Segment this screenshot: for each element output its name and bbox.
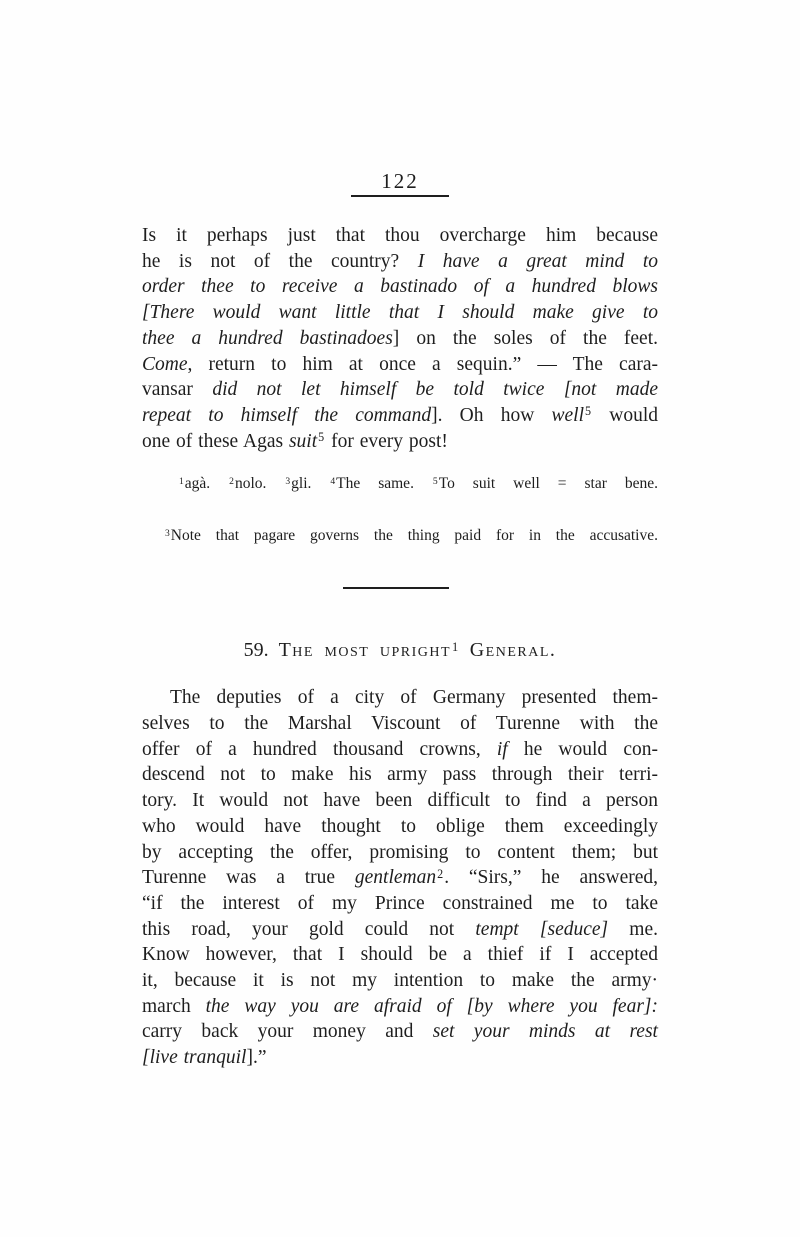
text-segment: selves to the Marshal Viscount of Turenn… <box>142 713 658 734</box>
text-line: Is it perhaps just that thou overcharge … <box>142 223 658 249</box>
text-segment: by accepting the offer, promising to con… <box>142 842 658 863</box>
text-segment: The same. <box>336 475 432 492</box>
section-heading: 59. The most upright1 General. <box>142 637 658 663</box>
text-segment: offer of a hundred thousand crowns, <box>142 739 497 760</box>
text-segment: Is it perhaps just that thou overcharge … <box>142 225 658 246</box>
text-segment: gli. <box>291 475 329 492</box>
text-line: [live tranquil].” <box>142 1045 658 1071</box>
text-line: selves to the Marshal Viscount of Turenn… <box>142 711 658 737</box>
text-line: tory. It would not have been difficult t… <box>142 788 658 814</box>
text-segment: well <box>552 405 585 426</box>
text-line: by accepting the offer, promising to con… <box>142 840 658 866</box>
text-segment: I have a great mind to <box>418 251 658 272</box>
text-segment: for every post! <box>325 431 448 452</box>
text-segment: if <box>497 739 508 760</box>
page-number: 122 <box>351 169 449 197</box>
paragraph-2: The deputies of a city of Germany presen… <box>142 685 658 1071</box>
text-line: 3Note that pagare governs the thing paid… <box>164 526 658 546</box>
text-line: this road, your gold could not tempt [se… <box>142 917 658 943</box>
footnote-ref: 5 <box>318 430 324 444</box>
text-segment: vansar <box>142 379 212 400</box>
text-segment: gentleman <box>355 867 436 888</box>
text-line: Come, return to him at once a sequin.” —… <box>142 352 658 378</box>
text-segment: would <box>592 405 658 426</box>
page-header: 122 <box>142 169 658 197</box>
footnote-ref: 2 <box>229 476 234 487</box>
text-line: Turenne was a true gentleman2. “Sirs,” h… <box>142 865 658 891</box>
text-segment: nolo. <box>235 475 284 492</box>
text-block: 122 Is it perhaps just that thou overcha… <box>142 0 658 1071</box>
text-line: “if the interest of my Prince constraine… <box>142 891 658 917</box>
text-segment: did not let himself be told twice [not m… <box>212 379 658 400</box>
footnote-ref: 5 <box>433 476 438 487</box>
text-line: The deputies of a city of Germany presen… <box>142 685 658 711</box>
footnote-ref: 3 <box>165 528 170 539</box>
text-line: 59. The most upright1 General. <box>142 637 658 663</box>
text-segment: tory. It would not have been difficult t… <box>142 790 658 811</box>
footnote-line-1: 1agà. 2nolo. 3gli. 4The same. 5To suit w… <box>178 474 658 494</box>
footnote-ref: 4 <box>330 476 335 487</box>
footnotes: 1agà. 2nolo. 3gli. 4The same. 5To suit w… <box>142 474 658 546</box>
text-segment: thee a hundred bastinadoes <box>142 328 393 349</box>
text-segment: he would con- <box>508 739 658 760</box>
text-segment: ] on the soles of the feet. <box>393 328 658 349</box>
paragraph-1: Is it perhaps just that thou overcharge … <box>142 223 658 454</box>
text-line: he is not of the country? I have a great… <box>142 249 658 275</box>
text-segment: repeat to himself the command <box>142 405 431 426</box>
text-segment: [live tranquil <box>142 1047 246 1068</box>
text-segment: [There would want little that I should m… <box>142 302 658 323</box>
text-segment: Note that pagare governs the thing paid … <box>171 527 658 544</box>
text-line: vansar did not let himself be told twice… <box>142 377 658 403</box>
text-segment: The most upright <box>279 639 451 661</box>
section-divider <box>343 587 449 589</box>
text-segment: ]. Oh how <box>431 405 551 426</box>
text-line: one of these Agas suit5 for every post! <box>142 429 658 455</box>
text-segment: To suit well = star bene. <box>439 475 658 492</box>
text-segment: Come <box>142 354 188 375</box>
text-segment: , return to him at once a sequin.” — The… <box>188 354 659 375</box>
text-segment: . “Sirs,” he answered, <box>444 867 658 888</box>
scanned-book-page: 122 Is it perhaps just that thou overcha… <box>0 0 800 1237</box>
text-segment: 59. <box>244 639 279 661</box>
footnote-ref: 5 <box>585 404 591 418</box>
text-segment: agà. <box>185 475 228 492</box>
text-segment: this road, your gold could not <box>142 919 475 940</box>
text-line: Know however, that I should be a thief i… <box>142 942 658 968</box>
text-segment: me. <box>608 919 658 940</box>
text-line: [There would want little that I should m… <box>142 300 658 326</box>
footnote-ref: 2 <box>437 867 443 881</box>
text-line: offer of a hundred thousand crowns, if h… <box>142 737 658 763</box>
footnote-ref: 1 <box>452 640 458 654</box>
text-segment: suit <box>289 431 317 452</box>
text-segment: it, because it is not my intention to ma… <box>142 970 658 991</box>
text-segment: ].” <box>246 1047 266 1068</box>
footnote-ref: 3 <box>285 476 290 487</box>
text-segment: General. <box>459 639 556 661</box>
text-line: march the way you are afraid of [by wher… <box>142 994 658 1020</box>
text-segment: the way you are afraid of [by where you … <box>206 996 658 1017</box>
text-segment: descend not to make his army pass throug… <box>142 764 658 785</box>
text-line: order thee to receive a bastinado of a h… <box>142 274 658 300</box>
text-line: repeat to himself the command]. Oh how w… <box>142 403 658 429</box>
text-segment: “if the interest of my Prince constraine… <box>142 893 658 914</box>
text-segment: order thee to receive a bastinado of a h… <box>142 276 658 297</box>
text-segment: Know however, that I should be a thief i… <box>142 944 658 965</box>
text-segment: The deputies of a city of Germany presen… <box>170 687 658 708</box>
text-segment: he is not of the country? <box>142 251 418 272</box>
text-segment: one of these Agas <box>142 431 289 452</box>
text-segment: tempt [seduce] <box>475 919 608 940</box>
text-segment: set your minds at rest <box>433 1021 658 1042</box>
text-line: descend not to make his army pass throug… <box>142 762 658 788</box>
text-segment: carry back your money and <box>142 1021 433 1042</box>
text-line: carry back your money and set your minds… <box>142 1019 658 1045</box>
footnote-line-2: 3Note that pagare governs the thing paid… <box>164 526 658 546</box>
text-line: thee a hundred bastinadoes] on the soles… <box>142 326 658 352</box>
text-segment: march <box>142 996 206 1017</box>
text-line: 1agà. 2nolo. 3gli. 4The same. 5To suit w… <box>178 474 658 494</box>
text-line: it, because it is not my intention to ma… <box>142 968 658 994</box>
footnote-ref: 1 <box>179 476 184 487</box>
text-line: who would have thought to oblige them ex… <box>142 814 658 840</box>
text-segment: Turenne was a true <box>142 867 355 888</box>
text-segment: who would have thought to oblige them ex… <box>142 816 658 837</box>
